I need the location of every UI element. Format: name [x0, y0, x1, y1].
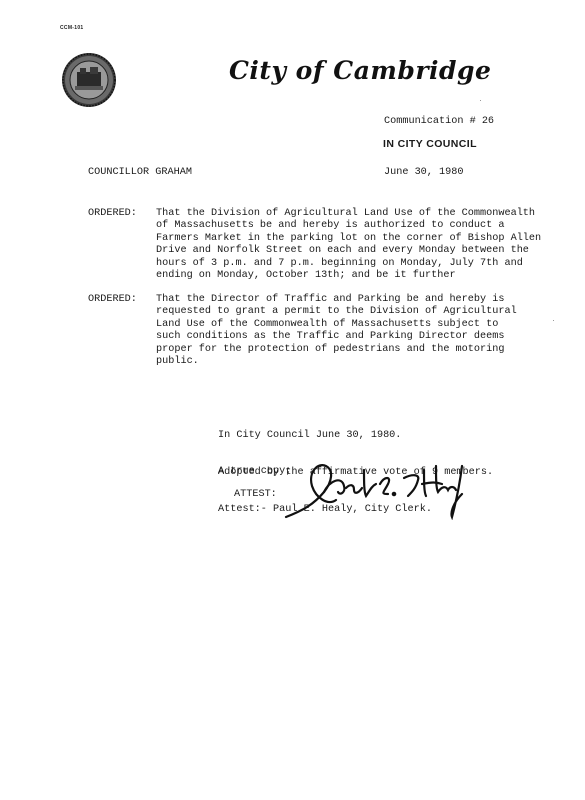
sponsor: COUNCILLOR GRAHAM [88, 167, 192, 179]
order-line: ending on Monday, October 13th; and be i… [156, 270, 516, 282]
document-date: June 30, 1980 [384, 167, 463, 179]
letterhead-title: City of Cambridge [229, 56, 491, 85]
order-line: of Massachusetts be and hereby is author… [156, 220, 516, 232]
true-copy-label: A true copy; [218, 466, 291, 478]
order-line: Land Use of the Commonwealth of Massachu… [156, 319, 516, 331]
order-text: That the Director of Traffic and Parking… [156, 294, 516, 368]
order-line: That the Division of Agricultural Land U… [156, 208, 516, 220]
order-text: That the Division of Agricultural Land U… [156, 208, 516, 282]
order-label: ORDERED: [88, 208, 137, 220]
communication-number: Communication # 26 [384, 116, 494, 128]
signature-icon [284, 462, 474, 520]
adoption-line: In City Council June 30, 1980. [218, 430, 493, 442]
order-line: Drive and Norfolk Street on each and eve… [156, 245, 516, 257]
order-line: Farmers Market in the parking lot on the… [156, 233, 516, 245]
scan-speck [553, 320, 554, 321]
form-code: CCM-101 [60, 25, 84, 31]
attest-label: ATTEST: [234, 489, 277, 501]
city-seal-icon [61, 52, 117, 108]
order-line: requested to grant a permit to the Divis… [156, 306, 516, 318]
scan-speck [480, 100, 481, 101]
order-line: hours of 3 p.m. and 7 p.m. beginning on … [156, 258, 516, 270]
order-line: That the Director of Traffic and Parking… [156, 294, 516, 306]
scan-speck [320, 250, 321, 251]
order-line: public. [156, 356, 516, 368]
council-heading: IN CITY COUNCIL [383, 138, 477, 150]
order-label: ORDERED: [88, 294, 137, 306]
order-line: such conditions as the Traffic and Parki… [156, 331, 516, 343]
order-line: proper for the protection of pedestrians… [156, 344, 516, 356]
